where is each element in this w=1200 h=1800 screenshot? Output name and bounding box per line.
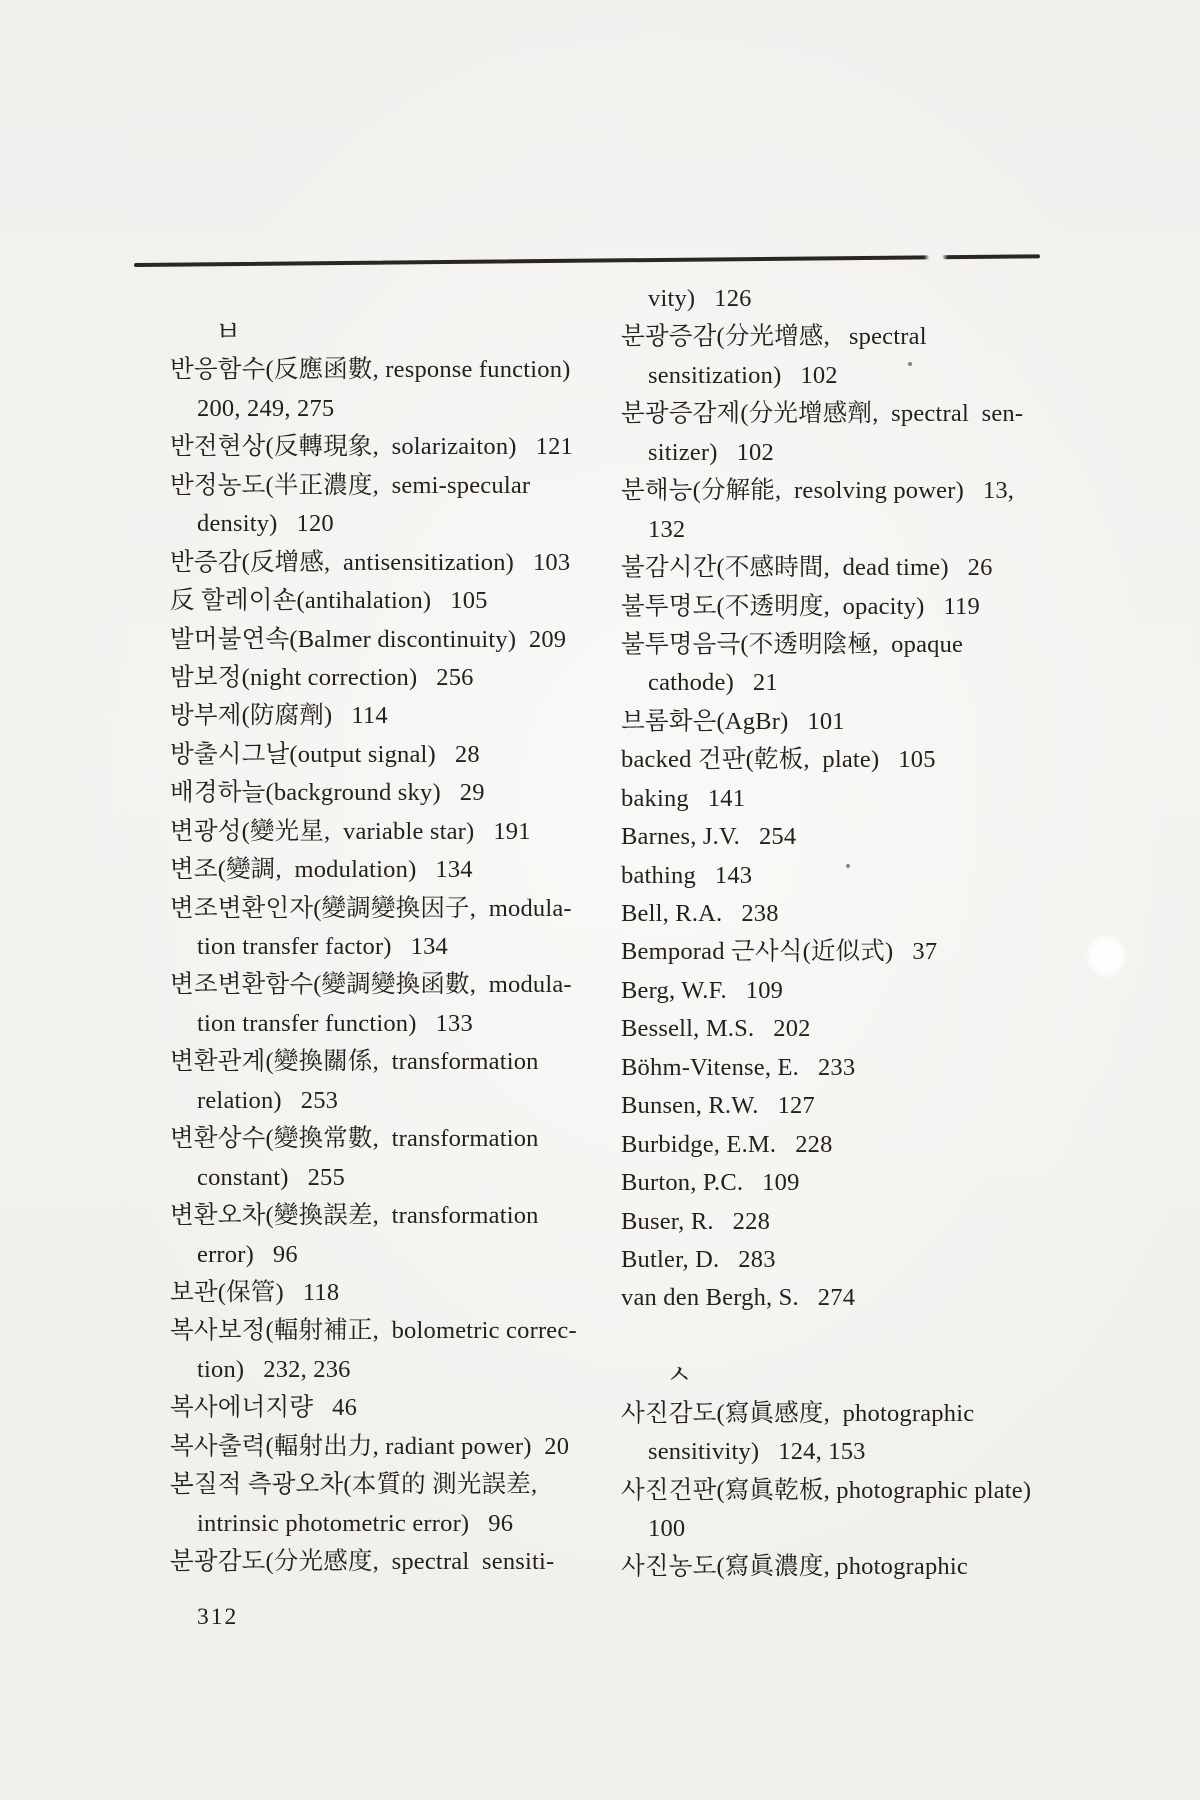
page-number: 312	[197, 1604, 238, 1631]
index-line: Buser, R. 228	[621, 1203, 1121, 1241]
index-line: 불투명도(不透明度, opacity) 119	[621, 588, 1121, 626]
index-line: bathing 143	[621, 857, 1121, 895]
index-column-left: ㅂ반응함수(反應函數, response function)200, 249, …	[170, 313, 670, 1581]
index-line: Bell, R.A. 238	[621, 895, 1121, 933]
index-line: Bessell, M.S. 202	[621, 1010, 1121, 1048]
index-line: 사진농도(寫眞濃度, photographic	[621, 1548, 1121, 1586]
index-line: 방부제(防腐劑) 114	[170, 697, 670, 735]
index-line: Butler, D. 283	[621, 1241, 1121, 1279]
index-line: 밤보정(night correction) 256	[170, 659, 670, 697]
section-header: ㅂ	[170, 313, 670, 351]
index-line: vity) 126	[621, 280, 1121, 318]
index-line: 사진건판(寫眞乾板, photographic plate)	[621, 1472, 1121, 1510]
index-line: 200, 249, 275	[170, 390, 670, 428]
index-line: 브롬화은(AgBr) 101	[621, 703, 1121, 741]
index-line: 변광성(變光星, variable star) 191	[170, 813, 670, 851]
index-line: 복사보정(輻射補正, bolometric correc-	[170, 1312, 670, 1350]
index-line: Bunsen, R.W. 127	[621, 1087, 1121, 1125]
index-line: 변조변환인자(變調變換因子, modula-	[170, 890, 670, 928]
index-line: density) 120	[170, 505, 670, 543]
index-line: Burton, P.C. 109	[621, 1164, 1121, 1202]
index-line: 반증감(反增感, antisensitization) 103	[170, 544, 670, 582]
section-header: ㅅ	[621, 1356, 1121, 1394]
scanned-book-index-page: ㅂ반응함수(反應函數, response function)200, 249, …	[0, 0, 1200, 1800]
index-line: 변조변환함수(變調變換函數, modula-	[170, 966, 670, 1004]
index-line: 반정농도(半正濃度, semi-specular	[170, 467, 670, 505]
scan-spot-artifact	[1088, 936, 1124, 976]
index-line: 복사에너지량 46	[170, 1389, 670, 1427]
index-line: 변조(變調, modulation) 134	[170, 851, 670, 889]
index-line: cathode) 21	[621, 664, 1121, 702]
index-line: constant) 255	[170, 1159, 670, 1197]
index-line: 사진감도(寫眞感度, photographic	[621, 1395, 1121, 1433]
index-line: 반응함수(反應函數, response function)	[170, 351, 670, 389]
index-line: 방출시그날(output signal) 28	[170, 736, 670, 774]
page-header-rule	[134, 254, 1040, 266]
index-line: 분광증감제(分光增感劑, spectral sen-	[621, 395, 1121, 433]
index-line: sensitization) 102	[621, 357, 1121, 395]
index-line: 132	[621, 511, 1121, 549]
index-line: tion) 232, 236	[170, 1351, 670, 1389]
index-line	[621, 1318, 1121, 1356]
index-line: Bemporad 근사식(近似式) 37	[621, 933, 1121, 971]
index-line: Barnes, J.V. 254	[621, 818, 1121, 856]
index-line: baking 141	[621, 780, 1121, 818]
index-line: Böhm-Vitense, E. 233	[621, 1049, 1121, 1087]
index-line: van den Bergh, S. 274	[621, 1279, 1121, 1317]
scan-speck-artifact	[846, 864, 850, 868]
index-line: 분해능(分解能, resolving power) 13,	[621, 472, 1121, 510]
index-column-right: vity) 126분광증감(分光增感, spectralsensitizatio…	[621, 280, 1121, 1587]
index-line: 변환상수(變換常數, transformation	[170, 1120, 670, 1158]
index-line: 본질적 측광오차(本質的 測光誤差,	[170, 1466, 670, 1504]
index-line: 불투명음극(不透明陰極, opaque	[621, 626, 1121, 664]
index-line: 불감시간(不感時間, dead time) 26	[621, 549, 1121, 587]
index-line: tion transfer factor) 134	[170, 928, 670, 966]
index-line: relation) 253	[170, 1082, 670, 1120]
index-line: 反 할레이숀(antihalation) 105	[170, 582, 670, 620]
index-line: 분광감도(分光感度, spectral sensiti-	[170, 1543, 670, 1581]
index-line: 100	[621, 1510, 1121, 1548]
index-line: 보관(保管) 118	[170, 1274, 670, 1312]
index-line: intrinsic photometric error) 96	[170, 1505, 670, 1543]
index-line: 배경하늘(background sky) 29	[170, 774, 670, 812]
scan-speck-artifact	[908, 362, 912, 366]
index-line: sensitivity) 124, 153	[621, 1433, 1121, 1471]
index-line: 발머불연속(Balmer discontinuity) 209	[170, 621, 670, 659]
index-line: error) 96	[170, 1236, 670, 1274]
index-line: 변환관계(變換關係, transformation	[170, 1043, 670, 1081]
index-line: Berg, W.F. 109	[621, 972, 1121, 1010]
index-line: Burbidge, E.M. 228	[621, 1126, 1121, 1164]
index-line: tion transfer function) 133	[170, 1005, 670, 1043]
index-line: 변환오차(變換誤差, transformation	[170, 1197, 670, 1235]
index-line: 복사출력(輻射出力, radiant power) 20	[170, 1428, 670, 1466]
index-line: sitizer) 102	[621, 434, 1121, 472]
index-line: 분광증감(分光增感, spectral	[621, 318, 1121, 356]
index-line: 반전현상(反轉現象, solarizaiton) 121	[170, 428, 670, 466]
index-line: backed 건판(乾板, plate) 105	[621, 741, 1121, 779]
